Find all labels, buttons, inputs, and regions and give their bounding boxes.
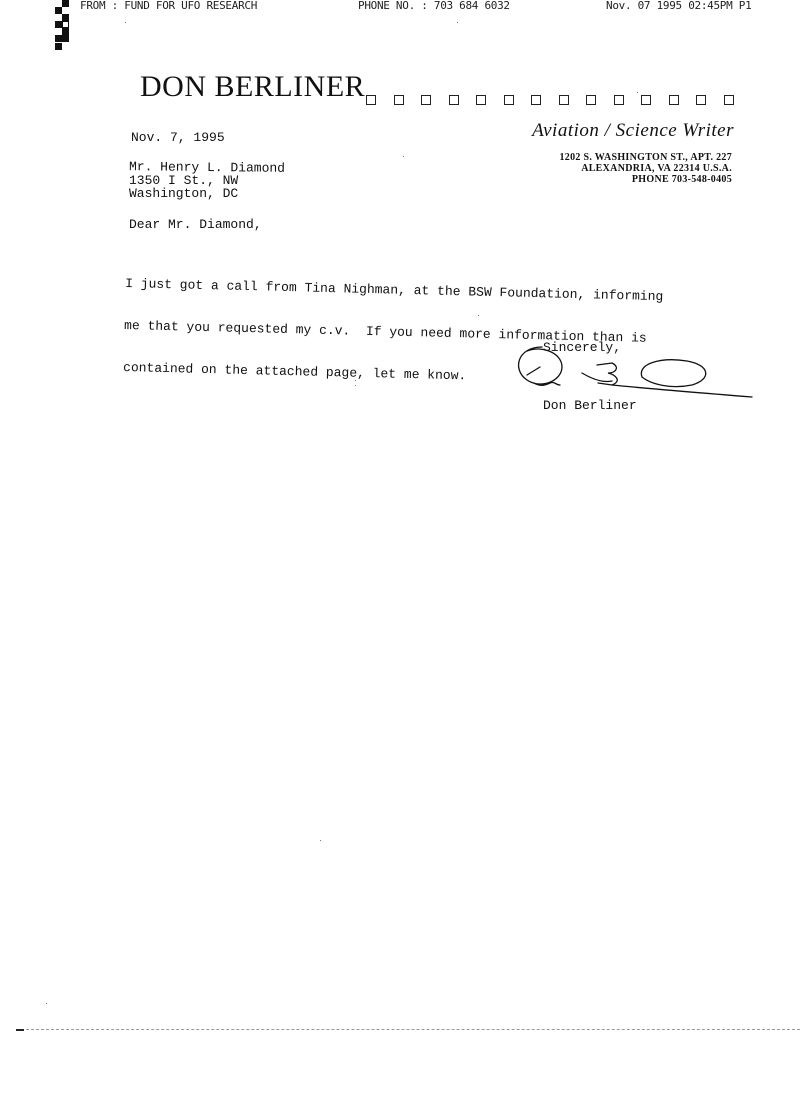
fax-from: FROM : FUND FOR UFO RESEARCH	[80, 0, 257, 12]
fax-checker-mark-icon	[55, 0, 69, 52]
letterhead-tagline: Aviation / Science Writer	[532, 120, 734, 142]
recipient-line: Mr. Henry L. Diamond	[129, 160, 285, 175]
fax-transmission-header: FROM : FUND FOR UFO RESEARCH PHONE NO. :…	[0, 0, 800, 16]
recipient-line: Washington, DC	[129, 187, 285, 200]
salutation: Dear Mr. Diamond,	[129, 217, 262, 232]
letterhead-address: 1202 S. WASHINGTON ST., APT. 227 ALEXAND…	[559, 152, 732, 185]
recipient-address: Mr. Henry L. Diamond 1350 I St., NW Wash…	[129, 161, 285, 200]
address-line: ALEXANDRIA, VA 22314 U.S.A.	[559, 163, 732, 174]
address-line: 1202 S. WASHINGTON ST., APT. 227	[559, 152, 732, 163]
fax-bottom-edge-divider	[16, 1029, 800, 1031]
fax-phone-number: PHONE NO. : 703 684 6032	[358, 0, 510, 12]
address-line: PHONE 703-548-0405	[559, 174, 732, 185]
body-line: I just got a call from Tina Nighman, at …	[125, 277, 663, 304]
fax-datetime: Nov. 07 1995 02:45PM P1	[606, 0, 751, 12]
letterhead-name: DON BERLINER	[140, 70, 365, 104]
letterhead-square-ornaments-icon	[366, 93, 746, 107]
signer-name: Don Berliner	[543, 398, 637, 413]
letter-date: Nov. 7, 1995	[131, 130, 225, 145]
